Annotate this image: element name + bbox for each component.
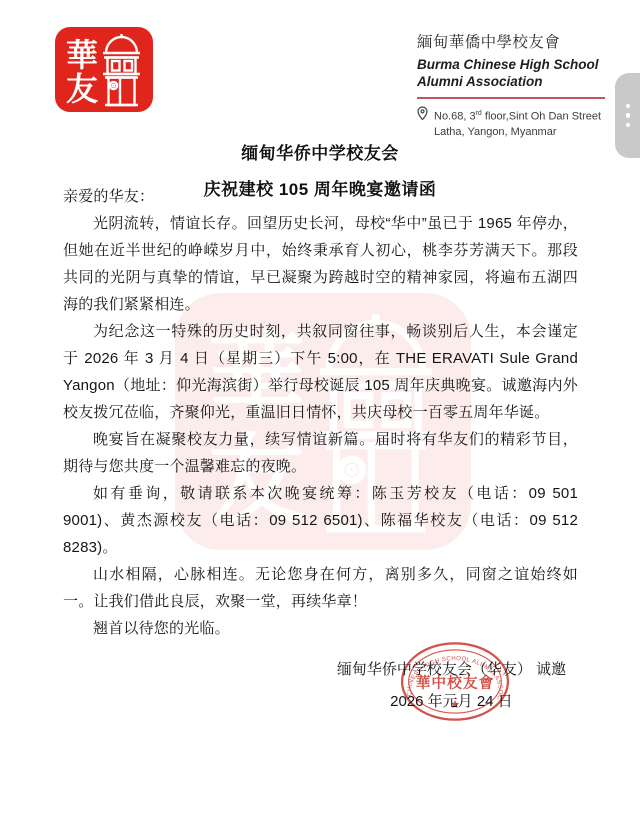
handle-dot bbox=[626, 123, 631, 128]
org-name-traditional: 緬甸華僑中學校友會 bbox=[417, 30, 609, 52]
address-line2: Latha, Yangon, Myanmar bbox=[434, 125, 601, 140]
alumni-logo: 華 友 bbox=[55, 27, 153, 112]
paragraph-5: 山水相隔，心脉相连。无论您身在何方，离别多久，同窗之谊始终如一。让我们借此良辰，… bbox=[63, 561, 578, 615]
seal-ring-text: BURMA CHINESE HIGH SCHOOL ALUMNI ASSOCIA… bbox=[399, 640, 504, 701]
address-row: No.68, 3rd floor,Sint Oh Dan Street Lath… bbox=[417, 106, 609, 140]
official-seal: BURMA CHINESE HIGH SCHOOL ALUMNI ASSOCIA… bbox=[399, 640, 511, 723]
official-seal-icon: BURMA CHINESE HIGH SCHOOL ALUMNI ASSOCIA… bbox=[399, 640, 511, 723]
paragraph-6: 翘首以待您的光临。 bbox=[63, 615, 578, 642]
paragraph-4: 如有垂询，敬请联系本次晚宴统筹：陈玉芳校友（电话：09 501 9001)、黄杰… bbox=[63, 480, 578, 561]
paragraph-1: 光阴流转，情谊长存。回望历史长河，母校“华中”虽已于 1965 年停办，但她在近… bbox=[63, 210, 578, 318]
org-name-english: Burma Chinese High School Alumni Associa… bbox=[417, 56, 609, 90]
handle-dot bbox=[626, 113, 631, 118]
alumni-logo-icon: 華 友 bbox=[55, 27, 153, 112]
paragraph-3: 晚宴旨在凝聚校友力量，续写情谊新篇。届时将有华友们的精彩节目，期待与您共度一个温… bbox=[63, 426, 578, 480]
letter-body: 亲爱的华友： 光阴流转，情谊长存。回望历史长河，母校“华中”虽已于 1965 年… bbox=[63, 183, 578, 642]
org-header: 緬甸華僑中學校友會 Burma Chinese High School Alum… bbox=[417, 30, 609, 140]
org-name-english-line1: Burma Chinese High School bbox=[417, 56, 609, 73]
address-line1: No.68, 3rd floor,Sint Oh Dan Street bbox=[434, 106, 601, 125]
org-name-english-line2: Alumni Association bbox=[417, 73, 609, 90]
paragraph-2: 为纪念这一特殊的历史时刻，共叙同窗往事，畅谈别后人生，本会谨定于 2026 年 … bbox=[63, 318, 578, 426]
salutation: 亲爱的华友： bbox=[63, 183, 578, 210]
header-divider bbox=[417, 97, 605, 99]
org-address: No.68, 3rd floor,Sint Oh Dan Street Lath… bbox=[434, 106, 601, 140]
location-pin-icon bbox=[417, 106, 428, 121]
title-line1: 缅甸华侨中学校友会 bbox=[0, 139, 640, 164]
invitation-letter-page: 華 友 華 友 bbox=[0, 0, 640, 819]
handle-dot bbox=[626, 104, 631, 109]
seal-star-icon bbox=[451, 700, 460, 708]
svg-text:華: 華 bbox=[66, 37, 98, 73]
scrollbar-drag-handle[interactable] bbox=[615, 73, 640, 158]
svg-text:友: 友 bbox=[66, 71, 98, 107]
seal-center-text: 華中校友會 bbox=[416, 674, 495, 692]
